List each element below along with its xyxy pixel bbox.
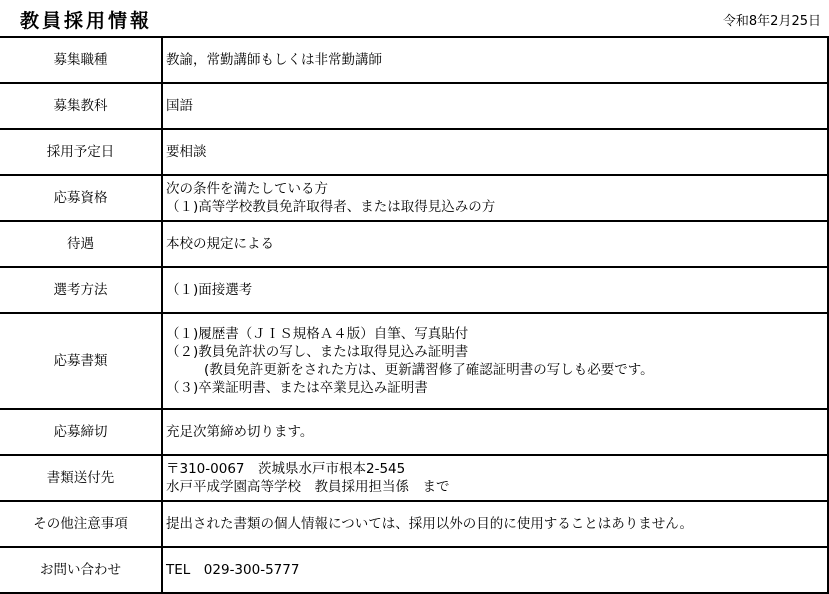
value-line: 次の条件を満たしている方 <box>166 180 827 198</box>
row-value: 国語 <box>162 83 828 129</box>
row-value: TEL 029-300-5777 <box>162 547 828 593</box>
row-value: 〒310-0067 茨城県水戸市根本2-545 水戸平成学園高等学校 教員採用担… <box>162 455 828 501</box>
table-row-contact: お問い合わせ TEL 029-300-5777 <box>0 547 828 593</box>
table-row-treatment: 待遇 本校の規定による <box>0 221 828 267</box>
value-line: （３)卒業証明書、または卒業見込み証明書 <box>166 379 827 397</box>
recruitment-info-table: 募集職種 教諭，常勤講師もしくは非常勤講師 募集教科 国語 採用予定日 要相談 … <box>0 36 829 594</box>
value-line: 国語 <box>166 97 827 115</box>
table-row-position: 募集職種 教諭，常勤講師もしくは非常勤講師 <box>0 37 828 83</box>
value-line: 提出された書類の個人情報については、採用以外の目的に使用することはありません。 <box>166 515 827 533</box>
page-title: 教員採用情報 <box>20 6 152 33</box>
publish-date: 令和8年2月25日 <box>723 10 821 29</box>
row-value: 教諭，常勤講師もしくは非常勤講師 <box>162 37 828 83</box>
table-row-mailing-address: 書類送付先 〒310-0067 茨城県水戸市根本2-545 水戸平成学園高等学校… <box>0 455 828 501</box>
row-label: 応募資格 <box>0 175 162 221</box>
row-label: 募集職種 <box>0 37 162 83</box>
value-line: （１)高等学校教員免許取得者、または取得見込みの方 <box>166 198 827 216</box>
table-row-deadline: 応募締切 充足次第締め切ります。 <box>0 409 828 455</box>
table-row-subject: 募集教科 国語 <box>0 83 828 129</box>
row-label: 待遇 <box>0 221 162 267</box>
row-label: 書類送付先 <box>0 455 162 501</box>
row-label: お問い合わせ <box>0 547 162 593</box>
value-line: （１)面接選考 <box>166 281 827 299</box>
row-value: 提出された書類の個人情報については、採用以外の目的に使用することはありません。 <box>162 501 828 547</box>
value-line: （２)教員免許状の写し、または取得見込み証明書 <box>166 343 827 361</box>
table-row-selection: 選考方法 （１)面接選考 <box>0 267 828 313</box>
row-value: （１)面接選考 <box>162 267 828 313</box>
row-label: その他注意事項 <box>0 501 162 547</box>
row-label: 採用予定日 <box>0 129 162 175</box>
value-line: (教員免許更新をされた方は、更新講習修了確認証明書の写しも必要です。 <box>166 361 827 379</box>
row-value: 次の条件を満たしている方 （１)高等学校教員免許取得者、または取得見込みの方 <box>162 175 828 221</box>
value-line: 〒310-0067 茨城県水戸市根本2-545 <box>166 460 827 478</box>
table-row-documents: 応募書類 （１)履歴書（ＪＩＳ規格Ａ４版）自筆、写真貼付 （２)教員免許状の写し… <box>0 313 828 409</box>
value-line: 水戸平成学園高等学校 教員採用担当係 まで <box>166 478 827 496</box>
table-row-start-date: 採用予定日 要相談 <box>0 129 828 175</box>
value-line: 本校の規定による <box>166 235 827 253</box>
table-row-notes: その他注意事項 提出された書類の個人情報については、採用以外の目的に使用すること… <box>0 501 828 547</box>
row-value: 充足次第締め切ります。 <box>162 409 828 455</box>
row-label: 選考方法 <box>0 267 162 313</box>
row-label: 募集教科 <box>0 83 162 129</box>
table-row-qualifications: 応募資格 次の条件を満たしている方 （１)高等学校教員免許取得者、または取得見込… <box>0 175 828 221</box>
value-line: （１)履歴書（ＪＩＳ規格Ａ４版）自筆、写真貼付 <box>166 325 827 343</box>
row-value: （１)履歴書（ＪＩＳ規格Ａ４版）自筆、写真貼付 （２)教員免許状の写し、または取… <box>162 313 828 409</box>
row-value: 要相談 <box>162 129 828 175</box>
value-line: 充足次第締め切ります。 <box>166 423 827 441</box>
contact-phone: TEL 029-300-5777 <box>166 561 827 579</box>
row-label: 応募書類 <box>0 313 162 409</box>
value-line: 教諭，常勤講師もしくは非常勤講師 <box>166 51 827 69</box>
row-value: 本校の規定による <box>162 221 828 267</box>
value-line: 要相談 <box>166 143 827 161</box>
row-label: 応募締切 <box>0 409 162 455</box>
